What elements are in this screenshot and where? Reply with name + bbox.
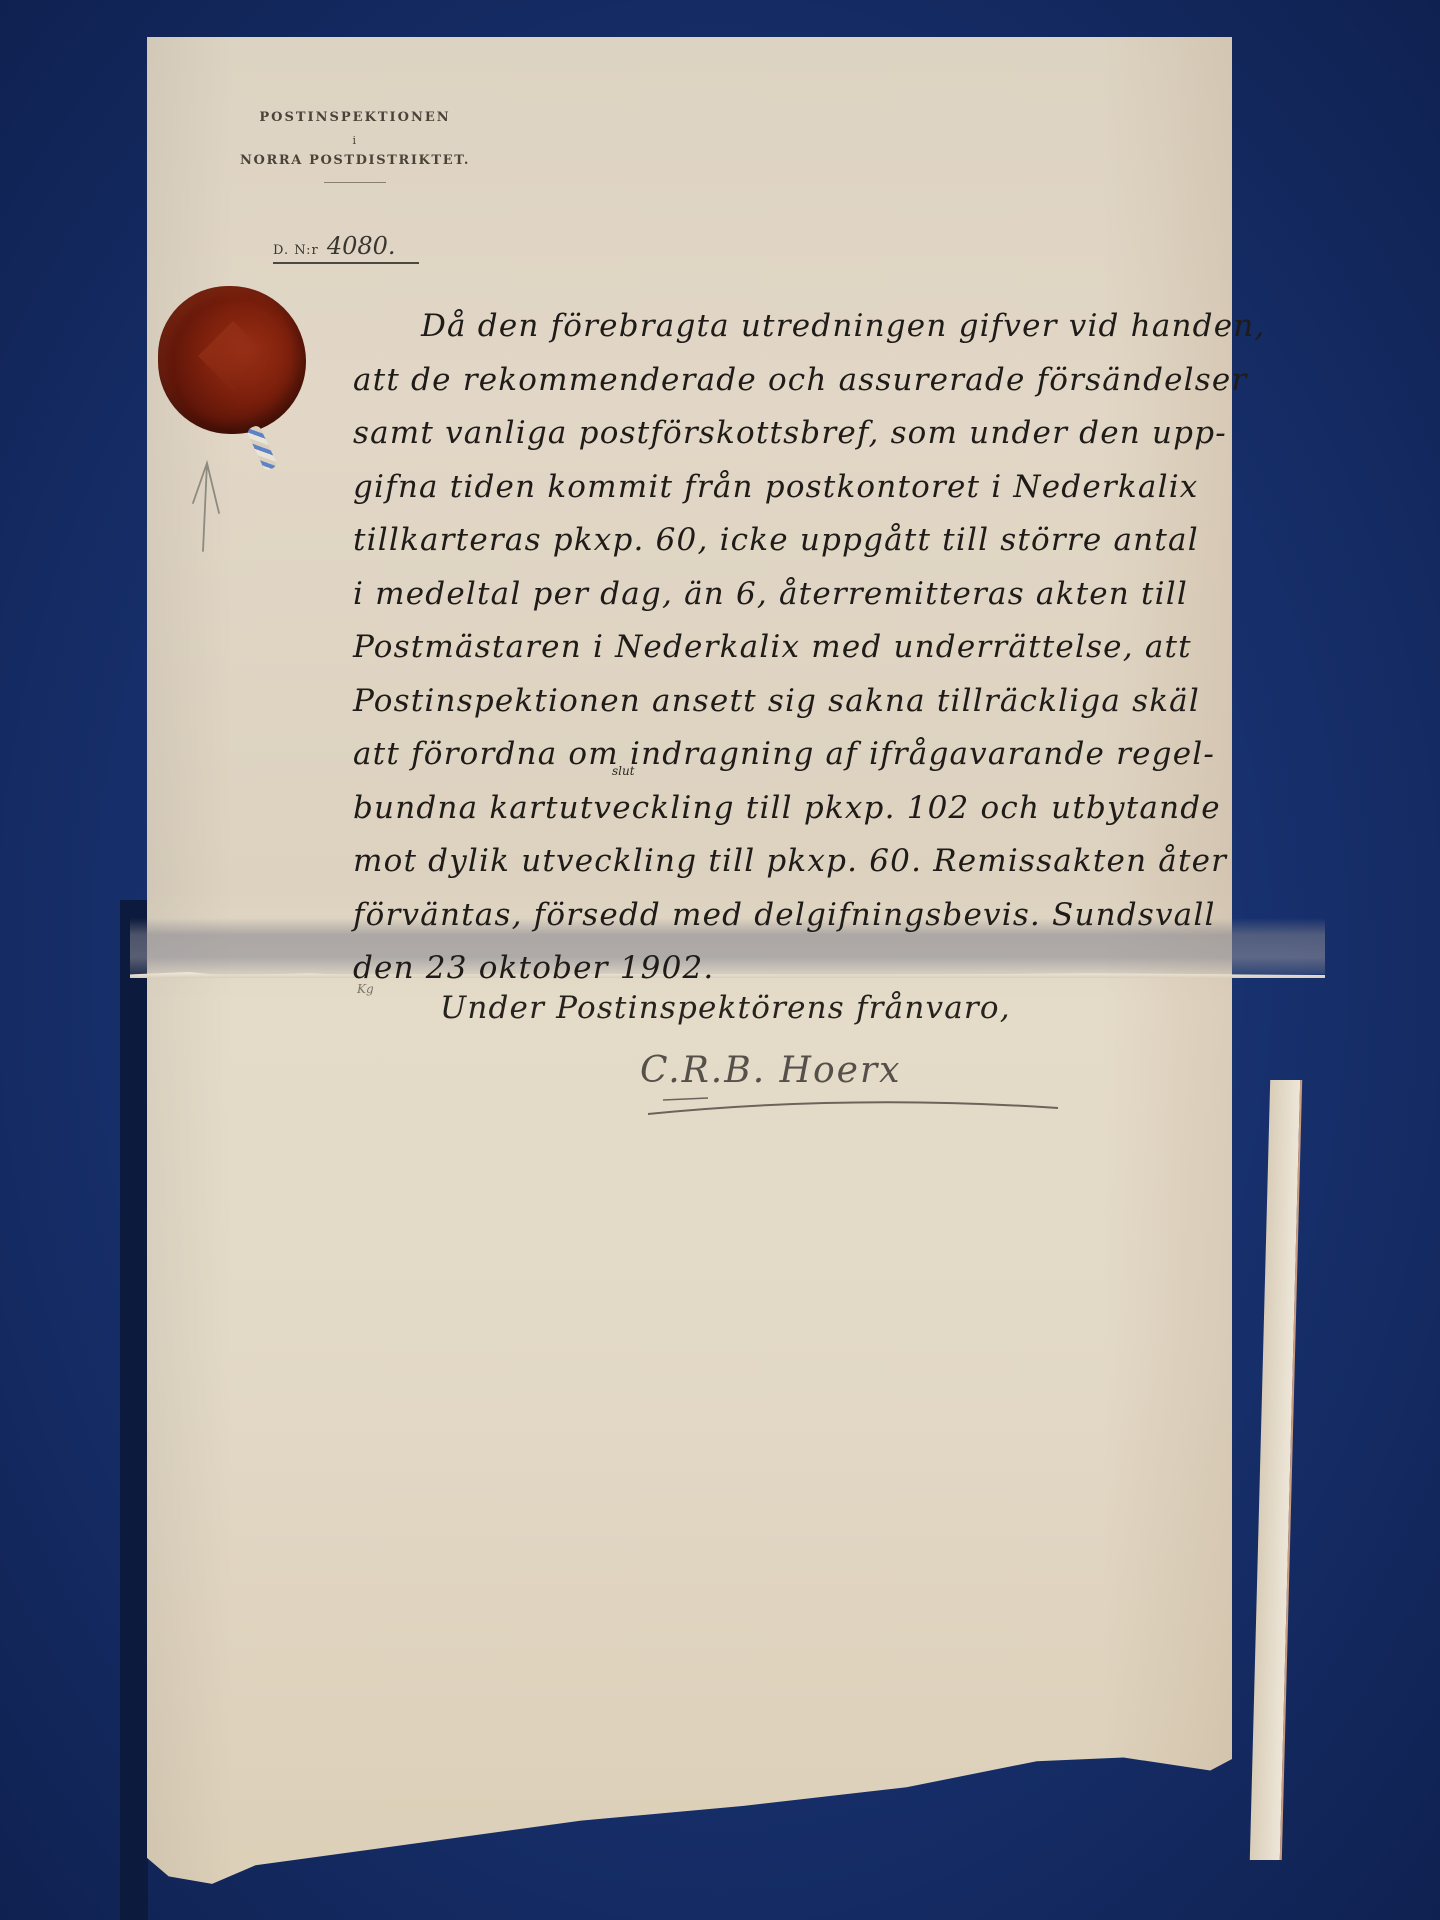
body-line: samt vanliga postförskottsbref, som unde… bbox=[353, 407, 1313, 461]
reference-label: D. N:r bbox=[273, 243, 319, 258]
inserted-word: slut bbox=[612, 764, 635, 778]
letterhead: POSTINSPEKTIONEN i NORRA POSTDISTRIKTET. bbox=[205, 110, 505, 183]
letterhead-title: POSTINSPEKTIONEN bbox=[205, 110, 505, 125]
letterhead-district: NORRA POSTDISTRIKTET. bbox=[205, 153, 505, 168]
reference-value: 4080. bbox=[327, 232, 396, 260]
letterhead-rule bbox=[324, 182, 386, 183]
body-line: tillkarteras pkxp. 60, icke uppgått till… bbox=[353, 514, 1313, 568]
clerk-initials: Kg bbox=[357, 982, 374, 996]
body-line: bundna kartutveckling till pkxp. 102 och… bbox=[353, 782, 1313, 836]
signature: C.R.B. Hoerx bbox=[640, 1050, 901, 1091]
letter-body: Då den förebragta utredningen gifver vid… bbox=[353, 300, 1313, 996]
body-line: Postinspektionen ansett sig sakna tillrä… bbox=[353, 675, 1313, 729]
underlying-sheet-edge bbox=[1250, 1080, 1302, 1860]
body-line: Då den förebragta utredningen gifver vid… bbox=[353, 300, 1313, 354]
body-line: mot dylik utveckling till pkxp. 60. Remi… bbox=[353, 835, 1313, 889]
reference-number: D. N:r 4080. bbox=[273, 232, 419, 264]
body-line: att de rekommenderade och assurerade för… bbox=[353, 354, 1313, 408]
pencil-arrow-icon bbox=[185, 455, 235, 559]
seal-impression bbox=[198, 321, 268, 391]
body-line: att förordna om indragning af ifrågavara… bbox=[353, 728, 1313, 782]
body-line: Postmästaren i Nederkalix med underrätte… bbox=[353, 621, 1313, 675]
closing-line: Under Postinspektörens frånvaro, bbox=[440, 990, 1011, 1026]
letterhead-preposition: i bbox=[205, 134, 505, 147]
shadow-strip bbox=[120, 900, 148, 1920]
body-line: gifna tiden kommit från postkontoret i N… bbox=[353, 461, 1313, 515]
body-line: förväntas, försedd med delgifningsbevis.… bbox=[353, 889, 1313, 943]
body-line: den 23 oktober 1902. bbox=[353, 942, 1313, 996]
signature-underline bbox=[648, 1090, 1068, 1124]
wax-seal-icon bbox=[158, 286, 306, 434]
body-line: i medeltal per dag, än 6, återremitteras… bbox=[353, 568, 1313, 622]
